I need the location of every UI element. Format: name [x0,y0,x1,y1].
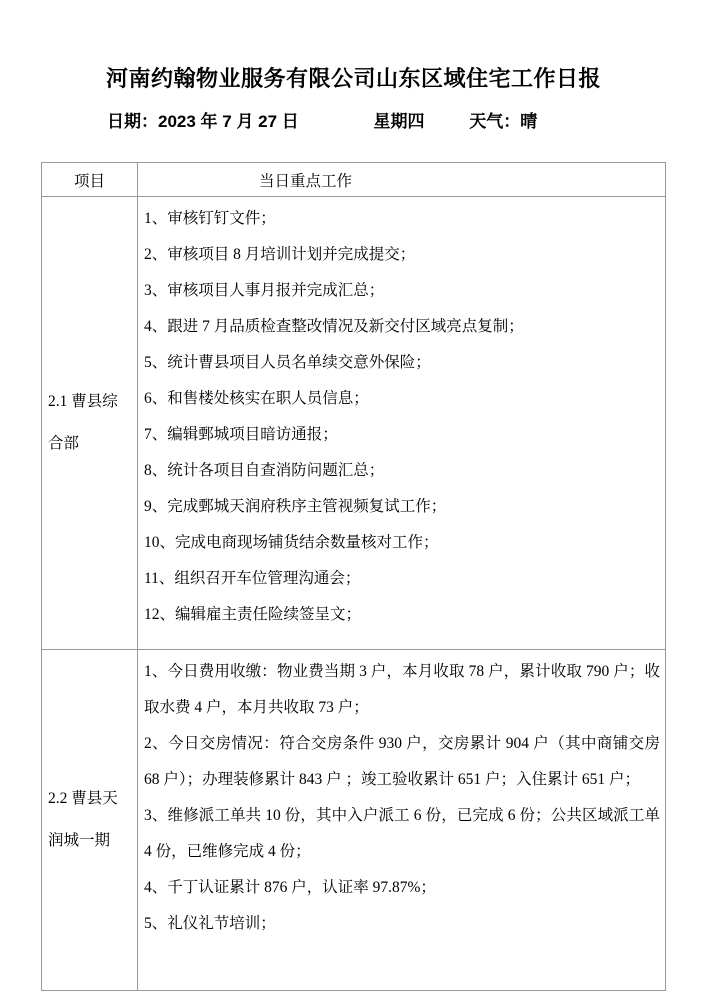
page-title: 河南约翰物业服务有限公司山东区域住宅工作日报 [0,0,707,92]
work-item: 2、今日交房情况：符合交房条件 930 户，交房累计 904 户（其中商铺交房 … [144,726,660,798]
work-items-cell: 1、今日费用收缴：物业费当期 3 户，本月收取 78 户，累计收取 790 户；… [138,650,666,991]
project-name-cell: 2.1 曹县综合部 [42,197,138,650]
work-item: 4、跟进 7 月品质检查整改情况及新交付区域亮点复制； [144,309,660,345]
work-item: 2、审核项目 8 月培训计划并完成提交； [144,237,660,273]
table-row-caoxian-tianrun: 2.2 曹县天润城一期 1、今日费用收缴：物业费当期 3 户，本月收取 78 户… [42,650,666,991]
work-item: 5、统计曹县项目人员名单续交意外保险； [144,345,660,381]
weekday-label: 星期四 [374,112,425,131]
report-table: 项目 当日重点工作 2.1 曹县综合部 1、审核钉钉文件； 2、审核项目 8 月… [41,162,666,991]
work-item: 3、审核项目人事月报并完成汇总； [144,273,660,309]
work-item: 5、礼仪礼节培训； [144,906,660,942]
work-item: 7、编辑鄄城项目暗访通报； [144,417,660,453]
date-label: 日期：2023 年 7 月 27 日 [107,112,299,131]
work-items-cell: 1、审核钉钉文件； 2、审核项目 8 月培训计划并完成提交； 3、审核项目人事月… [138,197,666,650]
work-item: 9、完成鄄城天润府秩序主管视频复试工作； [144,489,660,525]
work-item: 8、统计各项目自查消防问题汇总； [144,453,660,489]
column-header-project: 项目 [42,163,138,197]
table-header-row: 项目 当日重点工作 [42,163,666,197]
work-item: 3、维修派工单共 10 份，其中入户派工 6 份，已完成 6 份；公共区域派工单… [144,798,660,870]
work-item: 11、组织召开车位管理沟通会； [144,561,660,597]
column-header-work: 当日重点工作 [138,163,666,197]
project-name-cell: 2.2 曹县天润城一期 [42,650,138,991]
meta-line: 日期：2023 年 7 月 27 日 星期四 天气：晴 [0,111,707,132]
work-item: 6、和售楼处核实在职人员信息； [144,381,660,417]
weather-label: 天气：晴 [469,112,537,131]
work-item: 1、审核钉钉文件； [144,201,660,237]
work-item: 12、编辑雇主责任险续签呈文； [144,597,660,633]
work-item: 1、今日费用收缴：物业费当期 3 户，本月收取 78 户，累计收取 790 户；… [144,654,660,726]
work-item: 10、完成电商现场铺货结余数量核对工作； [144,525,660,561]
table-row-caoxian-zonghebu: 2.1 曹县综合部 1、审核钉钉文件； 2、审核项目 8 月培训计划并完成提交；… [42,197,666,650]
work-item: 4、千丁认证累计 876 户，认证率 97.87%； [144,870,660,906]
